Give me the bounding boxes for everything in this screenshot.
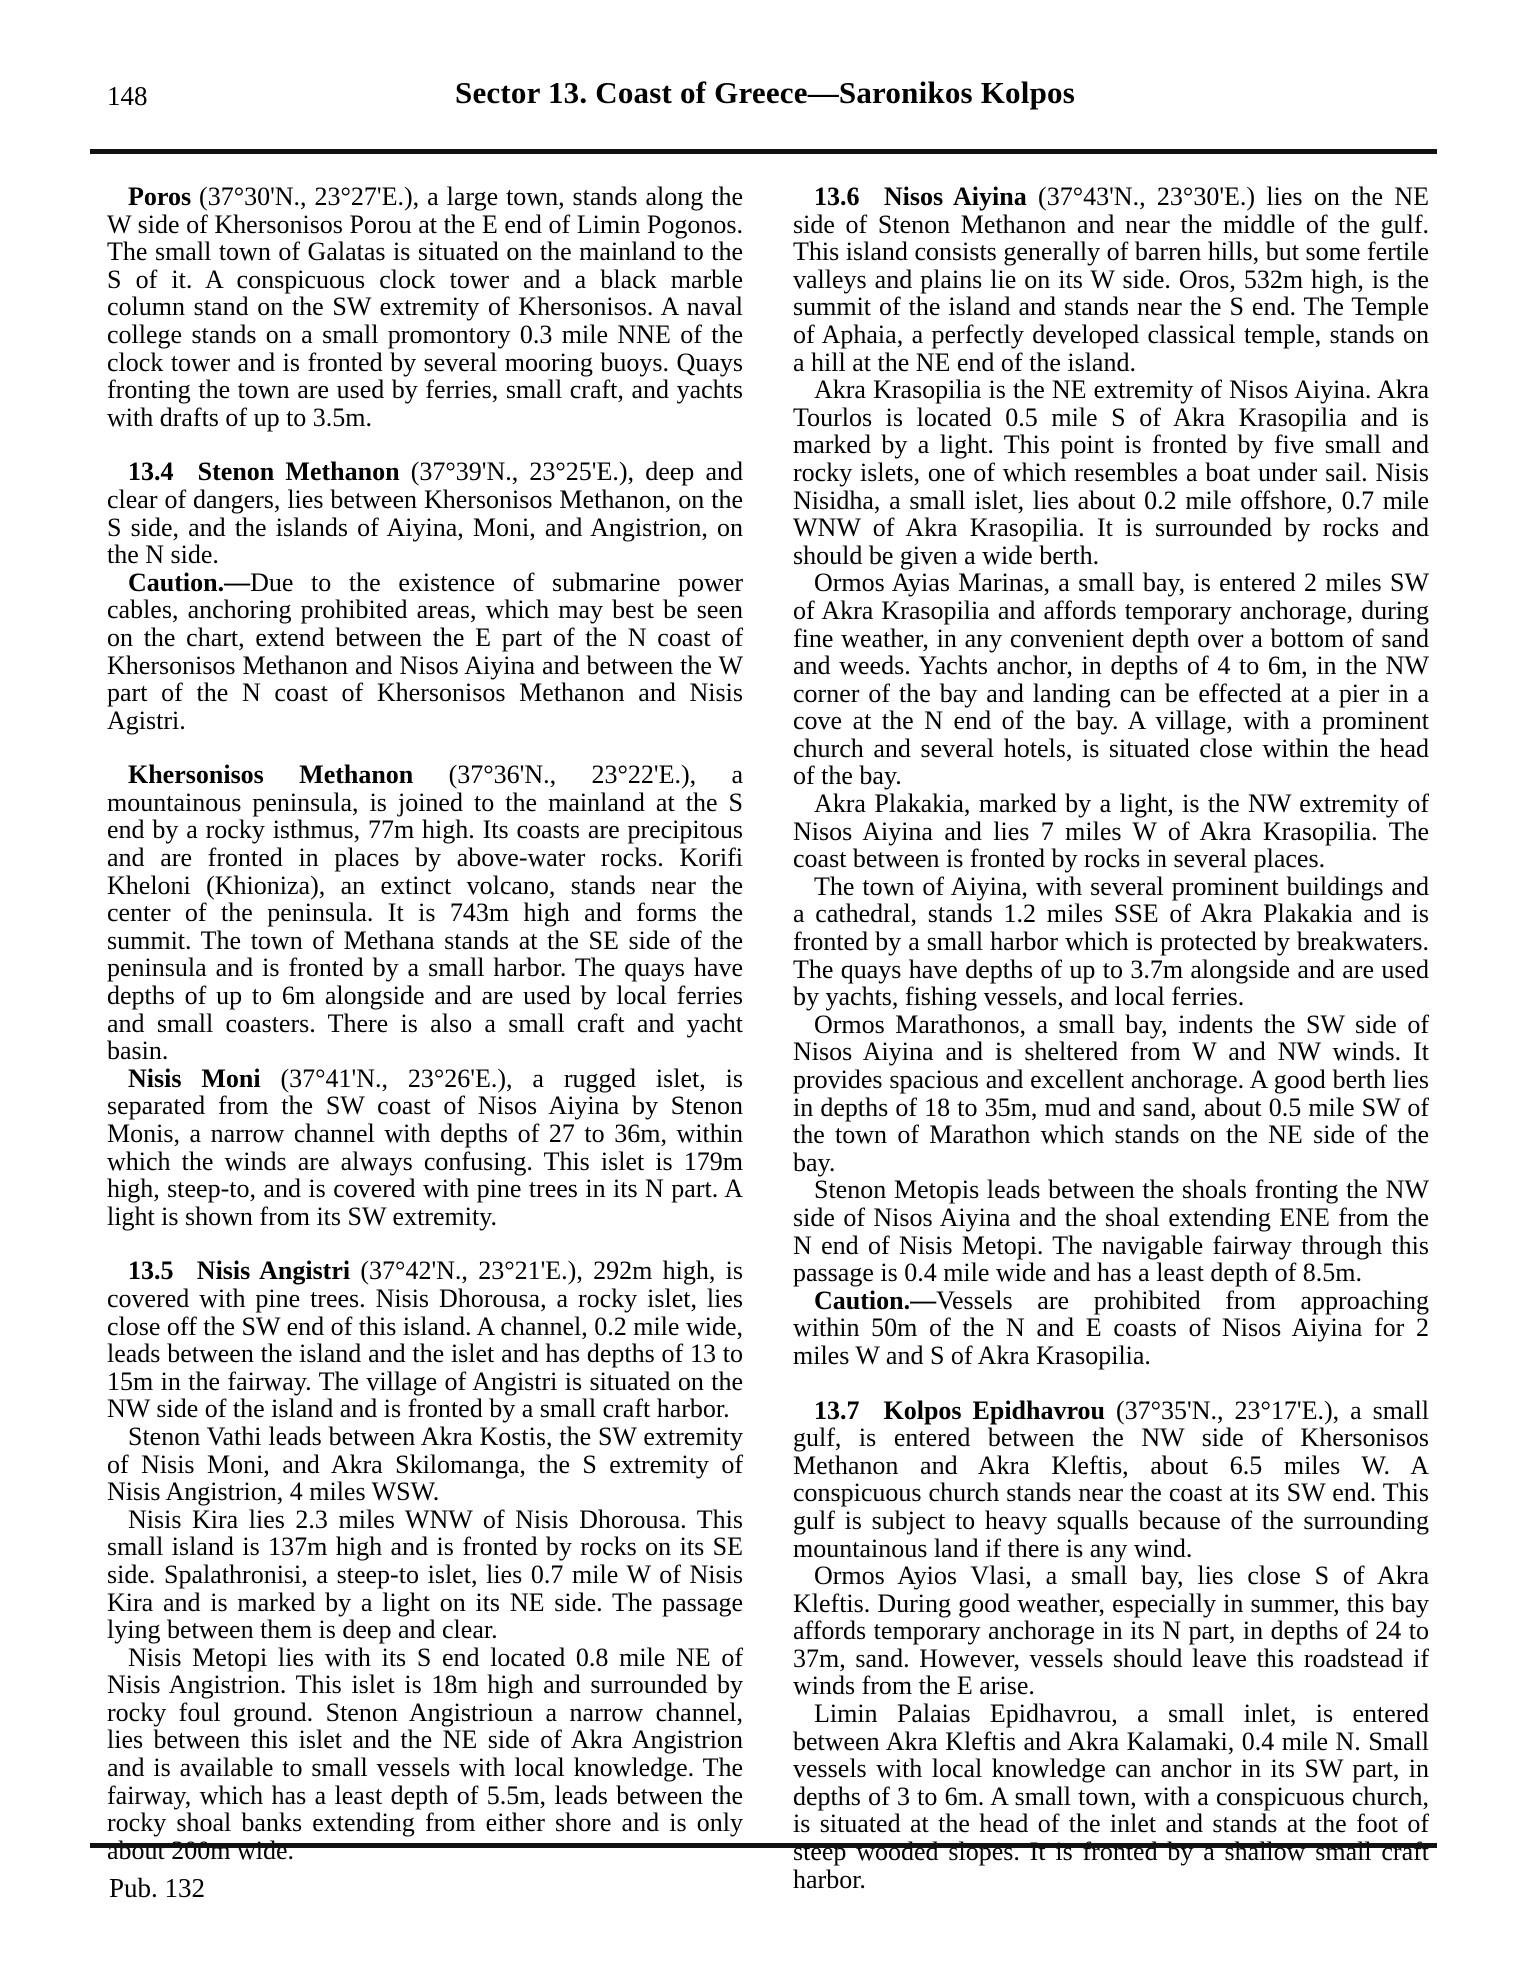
publication-label: Pub. 132 xyxy=(109,1872,205,1904)
paragraph: Stenon Vathi leads between Akra Kostis, … xyxy=(107,1423,743,1506)
paragraph: Akra Krasopilia is the NE extremity of N… xyxy=(793,376,1429,569)
paragraph: The town of Aiyina, with several promine… xyxy=(793,873,1429,1011)
feature-name-bold: Caution.— xyxy=(128,568,250,597)
feature-name-bold: 13.6 Nisos Aiyina xyxy=(814,182,1027,211)
feature-name-bold: Khersonisos Methanon xyxy=(128,760,413,789)
text-run: Nisis Kira lies 2.3 miles WNW of Nisis D… xyxy=(107,1505,743,1644)
text-run: Akra Krasopilia is the NE extremity of N… xyxy=(793,375,1429,570)
text-run: Ormos Ayias Marinas, a small bay, is ent… xyxy=(793,568,1429,790)
column-left: Poros (37°30'N., 23°27'E.), a large town… xyxy=(107,183,743,1893)
paragraph: Caution.—Vessels are prohibited from app… xyxy=(793,1287,1429,1370)
text-run: Nisis Metopi lies with its S end located… xyxy=(107,1643,743,1865)
feature-name-bold: Nisis Moni xyxy=(128,1064,261,1093)
text-run: (37°30'N., 23°27'E.), a large town, stan… xyxy=(107,182,743,432)
paragraph: Nisis Kira lies 2.3 miles WNW of Nisis D… xyxy=(107,1506,743,1644)
text-run: (37°36'N., 23°22'E.), a mountainous peni… xyxy=(107,760,743,1065)
text-run: Stenon Vathi leads between Akra Kostis, … xyxy=(107,1422,743,1506)
two-column-text: Poros (37°30'N., 23°27'E.), a large town… xyxy=(107,183,1429,1893)
paragraph: Stenon Metopis leads between the shoals … xyxy=(793,1176,1429,1286)
paragraph: 13.6 Nisos Aiyina (37°43'N., 23°30'E.) l… xyxy=(793,183,1429,376)
paragraph: Poros (37°30'N., 23°27'E.), a large town… xyxy=(107,183,743,431)
text-run: Akra Plakakia, marked by a light, is the… xyxy=(793,789,1429,873)
text-run: The town of Aiyina, with several promine… xyxy=(793,872,1429,1011)
page-title: Sector 13. Coast of Greece—Saronikos Kol… xyxy=(95,74,1435,112)
paragraph: Ormos Marathonos, a small bay, indents t… xyxy=(793,1011,1429,1177)
feature-name-bold: 13.7 Kolpos Epidhavrou xyxy=(814,1396,1105,1425)
feature-name-bold: 13.4 Stenon Methanon xyxy=(128,457,400,486)
text-run: Ormos Ayios Vlasi, a small bay, lies clo… xyxy=(793,1561,1429,1700)
page-number: 148 xyxy=(107,81,148,111)
text-run: Limin Palaias Epidhavrou, a small inlet,… xyxy=(793,1699,1429,1894)
feature-name-bold: Poros xyxy=(128,182,191,211)
paragraph: Khersonisos Methanon (37°36'N., 23°22'E.… xyxy=(107,761,743,1065)
text-run: (37°43'N., 23°30'E.) lies on the NE side… xyxy=(793,182,1429,377)
document-page: 148 Sector 13. Coast of Greece—Saronikos… xyxy=(0,0,1530,1980)
paragraph: Limin Palaias Epidhavrou, a small inlet,… xyxy=(793,1700,1429,1893)
paragraph: Ormos Ayias Marinas, a small bay, is ent… xyxy=(793,569,1429,790)
text-run: Stenon Metopis leads between the shoals … xyxy=(793,1175,1429,1287)
page-header: 148 Sector 13. Coast of Greece—Saronikos… xyxy=(95,74,1435,118)
header-rule xyxy=(90,149,1437,154)
paragraph: 13.5 Nisis Angistri (37°42'N., 23°21'E.)… xyxy=(107,1257,743,1423)
feature-name-bold: Caution.— xyxy=(814,1286,936,1315)
paragraph: Ormos Ayios Vlasi, a small bay, lies clo… xyxy=(793,1562,1429,1700)
paragraph: 13.7 Kolpos Epidhavrou (37°35'N., 23°17'… xyxy=(793,1397,1429,1563)
footer-rule xyxy=(90,1843,1437,1848)
paragraph: Caution.—Due to the existence of submari… xyxy=(107,569,743,735)
paragraph: Akra Plakakia, marked by a light, is the… xyxy=(793,790,1429,873)
column-right: 13.6 Nisos Aiyina (37°43'N., 23°30'E.) l… xyxy=(793,183,1429,1893)
paragraph: Nisis Metopi lies with its S end located… xyxy=(107,1644,743,1865)
text-run: Ormos Marathonos, a small bay, indents t… xyxy=(793,1010,1429,1177)
feature-name-bold: 13.5 Nisis Angistri xyxy=(128,1256,350,1285)
paragraph: 13.4 Stenon Methanon (37°39'N., 23°25'E.… xyxy=(107,458,743,568)
paragraph: Nisis Moni (37°41'N., 23°26'E.), a rugge… xyxy=(107,1065,743,1231)
